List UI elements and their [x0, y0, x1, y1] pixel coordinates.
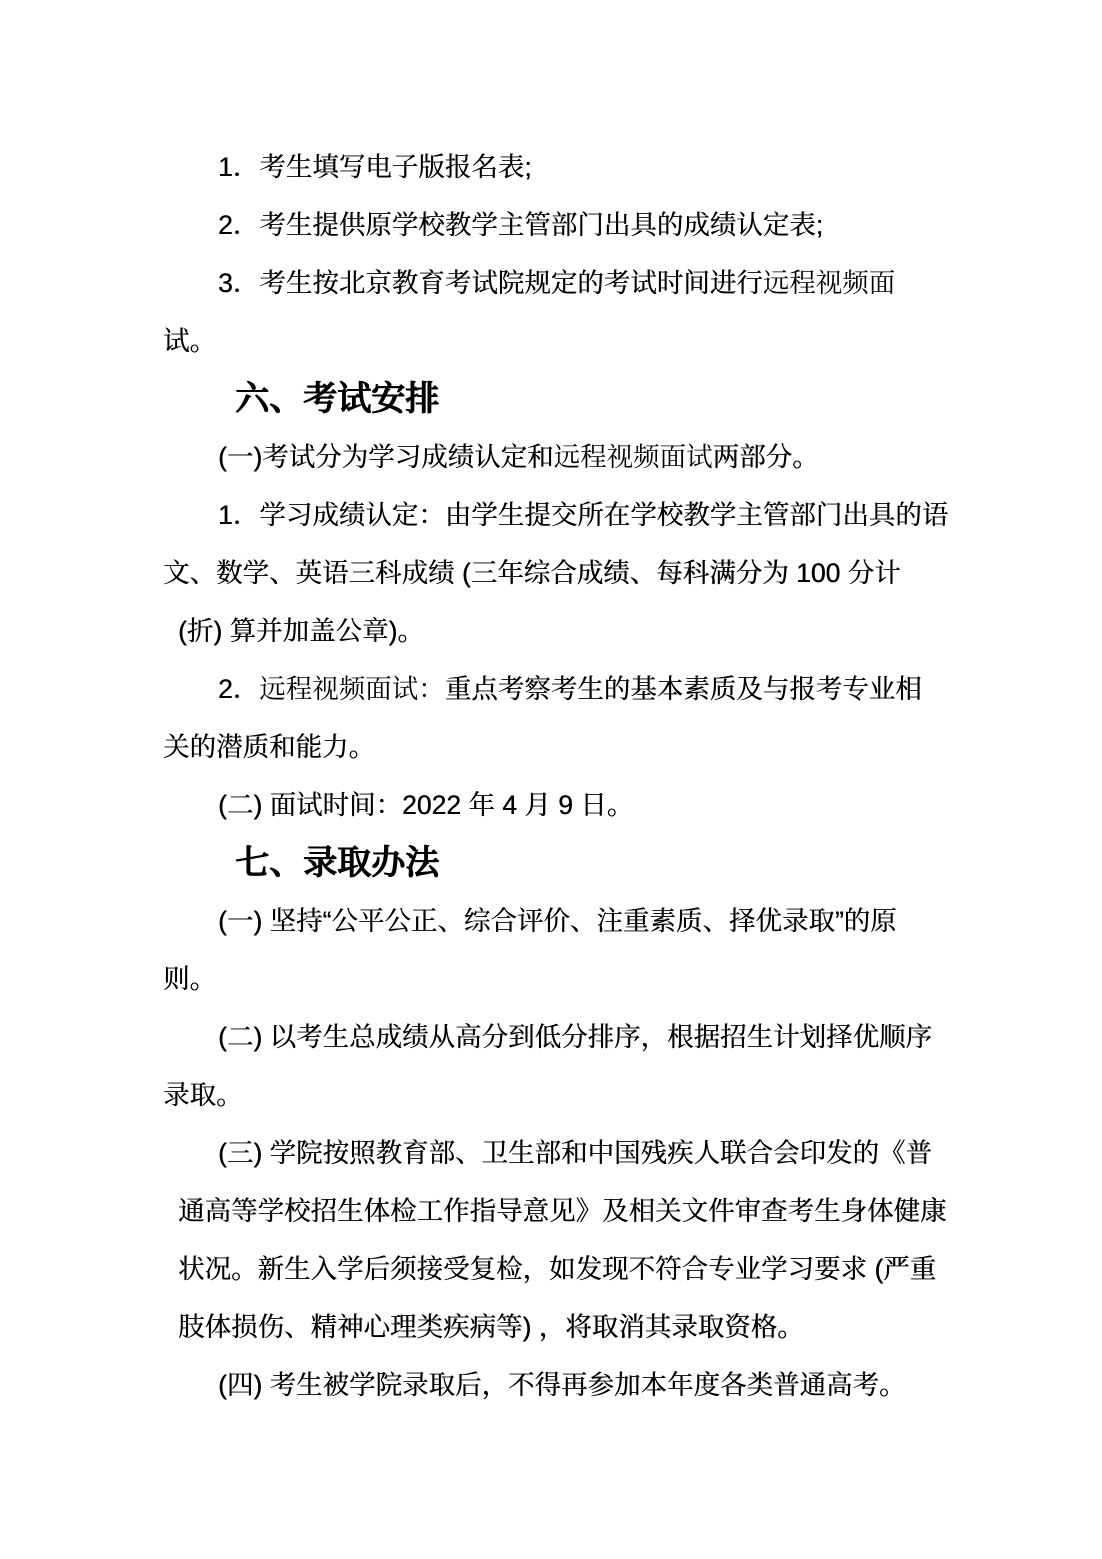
paragraph-line: (一)考试分为学习成绩认定和远程视频面试两部分。 — [218, 428, 962, 486]
paragraph-line: (一) 坚持“公平公正、综合评价、注重素质、择优录取”的原 — [218, 892, 962, 950]
paragraph-run: 重点考察考生的基本素质及与报考专业相 — [445, 674, 922, 704]
paragraph-line: (折) 算并加盖公章)。 — [178, 602, 962, 660]
paragraph-line: 3．考生按北京教育考试院规定的考试时间进行远程视频面 — [218, 254, 962, 312]
paragraph-line: 关的潜质和能力。 — [163, 718, 962, 776]
section-heading-admission-rules: 七、录取办法 — [235, 834, 962, 892]
paragraph-line: 1．学习成绩认定：由学生提交所在学校教学主管部门出具的语 — [218, 486, 962, 544]
paragraph-line: 文、数学、英语三科成绩 (三年综合成绩、每科满分为 100 分计 — [163, 544, 962, 602]
document-page: 1．考生填写电子版报名表; 2．考生提供原学校教学主管部门出具的成绩认定表; 3… — [0, 0, 1102, 1559]
paragraph-line: 则。 — [163, 950, 962, 1008]
paragraph-run: 两部分。 — [713, 442, 819, 472]
paragraph-line: 2．远程视频面试：重点考察考生的基本素质及与报考专业相 — [218, 660, 962, 718]
paragraph-line: (三) 学院按照教育部、卫生部和中国残疾人联合会印发的《普 — [218, 1124, 962, 1182]
paragraph-run-thin: 远程视频面 — [763, 268, 896, 298]
paragraph-run-thin: 远程视频面试 — [554, 442, 713, 472]
paragraph-run: (一)考试分为学习成绩认定和 — [218, 442, 554, 472]
paragraph-run-thin: 远程视频面试： — [259, 674, 445, 704]
paragraph-line: 2．考生提供原学校教学主管部门出具的成绩认定表; — [218, 196, 962, 254]
paragraph-line: 1．考生填写电子版报名表; — [218, 138, 962, 196]
paragraph-line: 通高等学校招生体检工作指导意见》及相关文件审查考生身体健康 — [178, 1182, 962, 1240]
paragraph-line: 试。 — [163, 312, 962, 370]
paragraph-line: 状况。新生入学后须接受复检，如发现不符合专业学习要求 (严重 — [178, 1240, 962, 1298]
paragraph-line: (二) 面试时间：2022 年 4 月 9 日。 — [218, 776, 962, 834]
paragraph-line: (四) 考生被学院录取后，不得再参加本年度各类普通高考。 — [218, 1356, 962, 1414]
section-heading-exam-arrangement: 六、考试安排 — [235, 370, 962, 428]
paragraph-line: 录取。 — [163, 1066, 962, 1124]
paragraph-line: 肢体损伤、精神心理类疾病等) ，将取消其录取资格。 — [178, 1298, 962, 1356]
paragraph-line: (二) 以考生总成绩从高分到低分排序，根据招生计划择优顺序 — [218, 1008, 962, 1066]
paragraph-run: 3．考生按北京教育考试院规定的考试时间进行 — [218, 268, 763, 298]
paragraph-run: 2． — [218, 674, 259, 704]
